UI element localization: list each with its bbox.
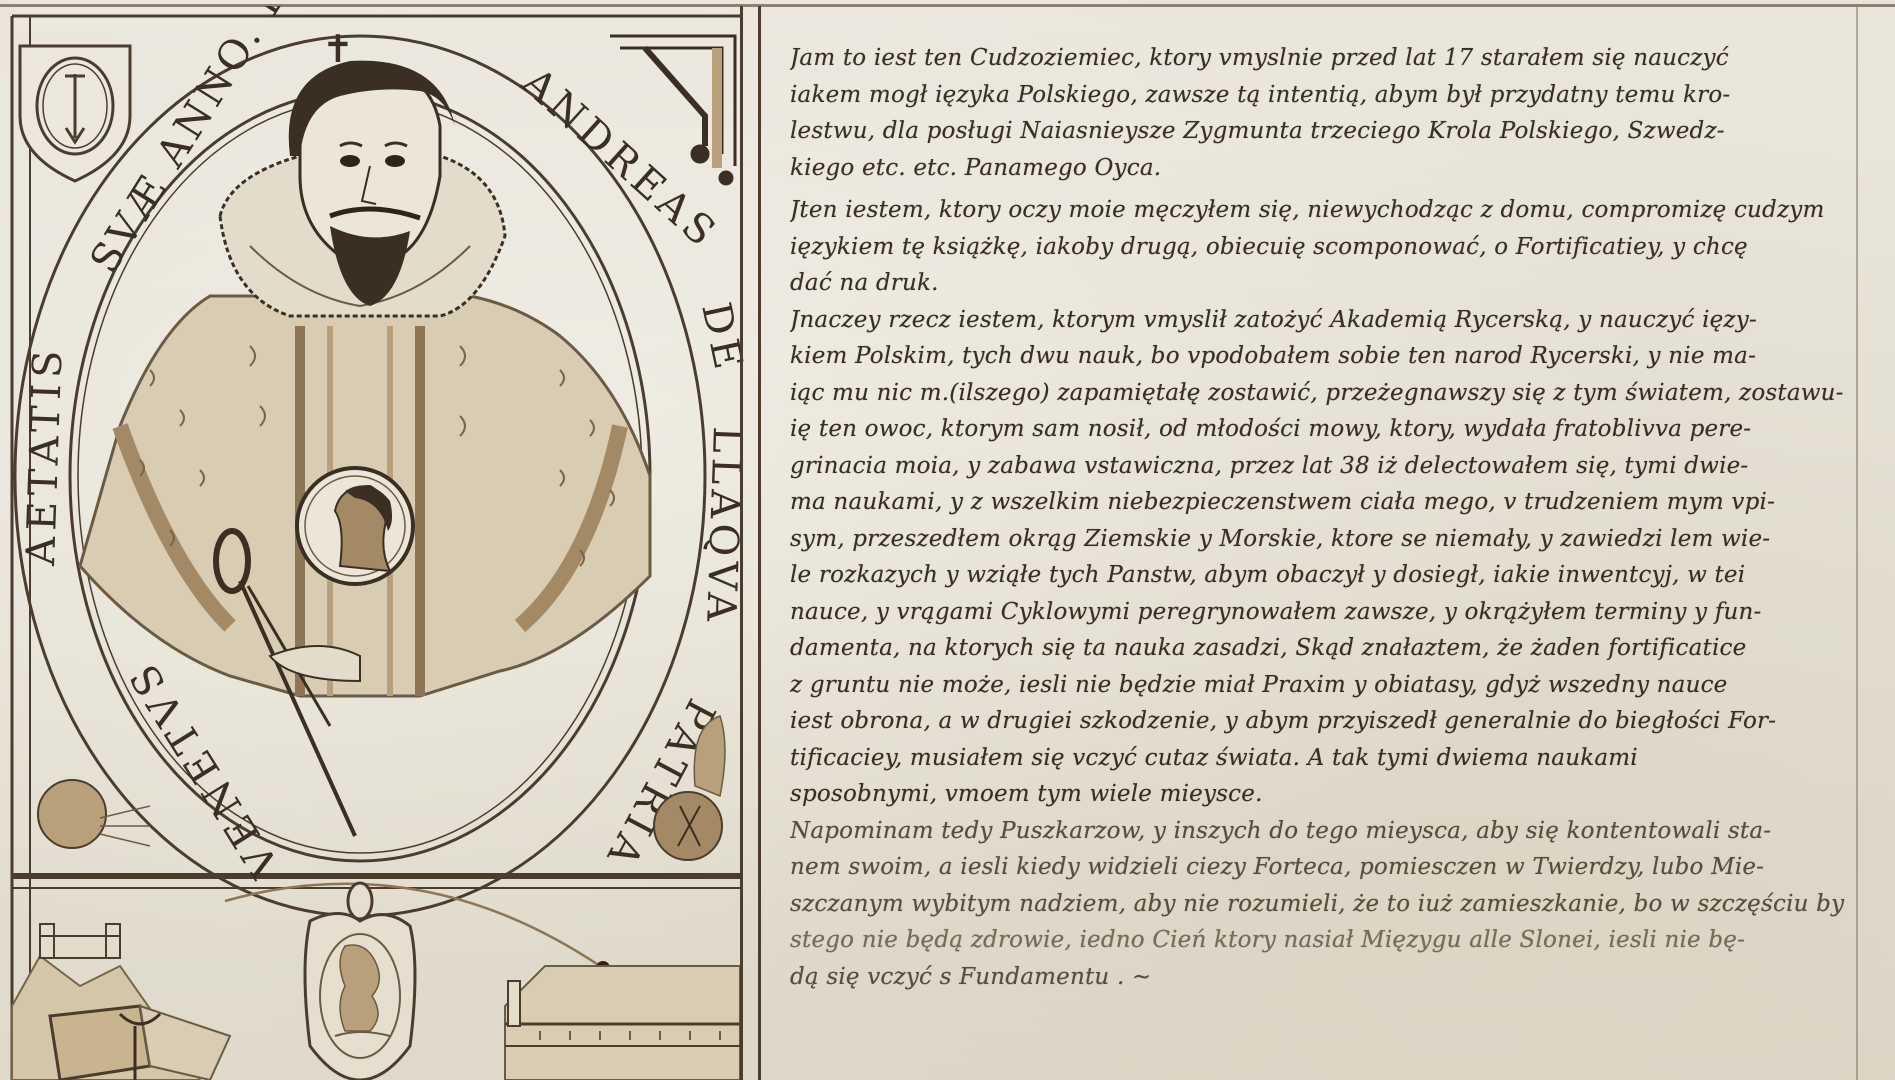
text-line: Jten iestem, ktory oczy moie męczyłem si…: [790, 192, 1850, 229]
text-line: z gruntu nie może, iesli nie będzie miał…: [790, 667, 1850, 704]
text-line: iest obrona, a w drugiei szkodzenie, y a…: [790, 703, 1850, 740]
fortress-wall-icon: [505, 966, 740, 1080]
portrait-engraving: AETATIS SVÆ ANNO. LV. ✝ ANDREAS DE LLAQV…: [0, 6, 760, 1080]
manuscript-page: AETATIS SVÆ ANNO. LV. ✝ ANDREAS DE LLAQV…: [0, 0, 1895, 1080]
column-divider-outer: [740, 6, 743, 1080]
paragraph-2: Jten iestem, ktory oczy moie męczyłem si…: [790, 192, 1850, 302]
profile-medallion-icon: [297, 468, 413, 584]
text-line: kiego etc. etc. Panamego Oyca.: [790, 150, 1850, 187]
inscription-de: DE: [692, 299, 752, 378]
text-line: stego nie będą zdrowie, iedno Cień ktory…: [790, 922, 1850, 959]
text-line: Jnaczey rzecz iestem, ktorym vmyslił zat…: [790, 302, 1850, 339]
paragraph-3: Jnaczey rzecz iestem, ktorym vmyslił zat…: [790, 302, 1850, 813]
text-line: nem swoim, a iesli kiedy widzieli ciezy …: [790, 849, 1850, 886]
text-line: lestwu, dla posługi Naiasnieysze Zygmunt…: [790, 113, 1850, 150]
text-line: le rozkazych y wziąłe tych Panstw, abym …: [790, 557, 1850, 594]
paragraph-4: Napominam tedy Puszkarzow, y inszych do …: [790, 813, 1850, 996]
inscription-aetatis: AETATIS: [18, 344, 72, 568]
text-line: dać na druk.: [790, 265, 1850, 302]
paragraph-1: Jam to iest ten Cudzoziemiec, ktory vmys…: [790, 40, 1850, 186]
text-line: sym, przeszedłem okrąg Ziemskie y Morski…: [790, 521, 1850, 558]
text-line: damenta, na ktorych się ta nauka zasadzi…: [790, 630, 1850, 667]
manuscript-text-block: Jam to iest ten Cudzoziemiec, ktory vmys…: [790, 40, 1850, 1040]
text-line: Jam to iest ten Cudzoziemiec, ktory vmys…: [790, 40, 1850, 77]
text-line: Napominam tedy Puszkarzow, y inszych do …: [790, 813, 1850, 850]
text-line: ię ten owoc, ktorym sam nosił, od młodoś…: [790, 411, 1850, 448]
fortress-scene: [12, 883, 740, 1080]
text-line: iąc mu nic m.(ilszego) zapamiętałę zosta…: [790, 375, 1850, 412]
text-line: szczanym wybitym nadziem, aby nie rozumi…: [790, 886, 1850, 923]
text-line: sposobnymi, vmoem tym wiele mieysce.: [790, 776, 1850, 813]
text-line: tificaciey, musiałem się vczyć cutaz świ…: [790, 740, 1850, 777]
text-line: nauce, y vrągami Cyklowymi peregrynowałe…: [790, 594, 1850, 631]
anchor-shield-icon: [20, 46, 130, 181]
globe-rays-icon: [38, 780, 150, 848]
text-line: ma naukami, y z wszelkim niebezpieczenst…: [790, 484, 1850, 521]
text-line: iakem mogł ięzyka Polskiego, zawsze tą i…: [790, 77, 1850, 114]
text-line: ięzykiem tę książkę, iakoby drugą, obiec…: [790, 229, 1850, 266]
column-divider-inner: [758, 6, 761, 1080]
text-line: dą się vczyć s Fundamentu . ~: [790, 959, 1850, 996]
mortar-cannon-icon: [50, 1006, 230, 1080]
text-line: kiem Polskim, tych dwu nauk, bo vpodobał…: [790, 338, 1850, 375]
text-line: grinacia moia, y zabawa vstawiczna, prze…: [790, 448, 1850, 485]
right-margin-rule: [1856, 6, 1858, 1080]
